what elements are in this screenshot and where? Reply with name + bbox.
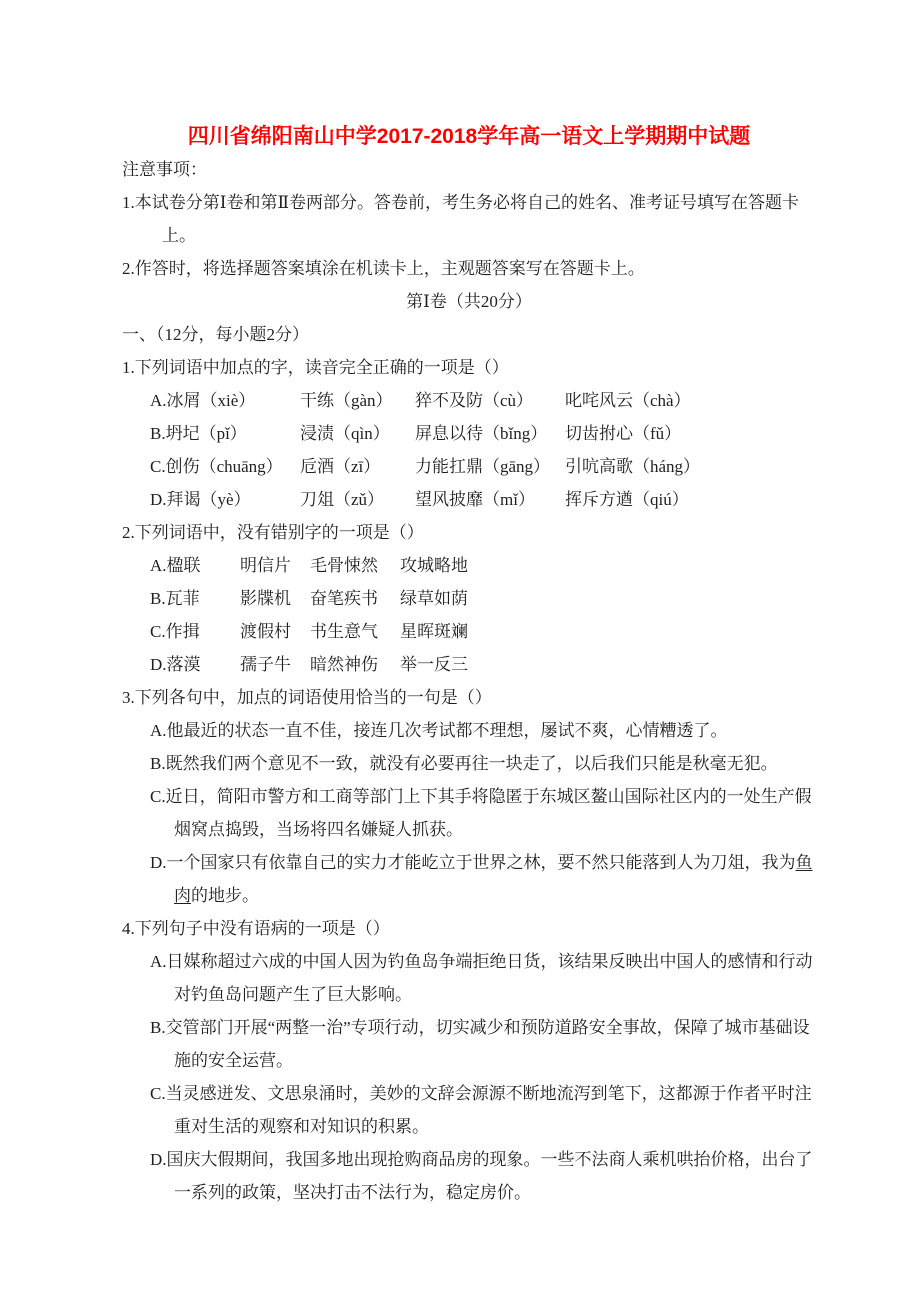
question-1-stem: 1.下列词语中加点的字，读音完全正确的一项是（） xyxy=(122,351,816,384)
option-cell: A.楹联 xyxy=(150,549,240,582)
part-heading: 一、（12分，每小题2分） xyxy=(122,318,816,351)
q2-option-row-a: A.楹联 明信片 毛骨悚然 攻城略地 xyxy=(150,549,816,582)
q3-option-d: D.一个国家只有依靠自己的实力才能屹立于世界之林，要不然只能落到人为刀俎，我为鱼… xyxy=(122,846,816,912)
section-heading: 第Ⅰ卷（共20分） xyxy=(122,285,816,318)
option-cell: 明信片 xyxy=(240,549,310,582)
q1-option-row-a: A.冰屑（xiè） 干练（gàn） 猝不及防（cù） 叱咤风云（chà） xyxy=(150,384,816,417)
option-cell: 屏息以待（bǐng） xyxy=(415,417,565,450)
option-cell: 绿草如荫 xyxy=(400,582,468,615)
q4-option-c: C.当灵感迸发、文思泉涌时，美妙的文辞会源源不断地流泻到笔下，这都源于作者平时注… xyxy=(122,1077,816,1143)
q4-option-b: B.交管部门开展“两整一治”专项行动，切实减少和预防道路安全事故，保障了城市基础… xyxy=(122,1011,816,1077)
option-cell: 切齿拊心（fǔ） xyxy=(565,417,681,450)
option-cell: B.瓦菲 xyxy=(150,582,240,615)
option-cell: 星晖斑斓 xyxy=(400,615,468,648)
option-cell: D.落漠 xyxy=(150,648,240,681)
q4-option-a: A.日媒称超过六成的中国人因为钓鱼岛争端拒绝日货，该结果反映出中国人的感情和行动… xyxy=(122,945,816,1011)
question-2-stem: 2.下列词语中，没有错别字的一项是（） xyxy=(122,516,816,549)
notice-item-2: 2.作答时，将选择题答案填涂在机读卡上，主观题答案写在答题卡上。 xyxy=(122,252,816,285)
option-cell: 奋笔疾书 xyxy=(310,582,400,615)
option-cell: 引吭高歌（háng） xyxy=(565,450,700,483)
option-cell: 干练（gàn） xyxy=(300,384,415,417)
option-cell: 刀俎（zǔ） xyxy=(300,483,415,516)
option-cell: 孺子牛 xyxy=(240,648,310,681)
q2-option-row-d: D.落漠 孺子牛 暗然神伤 举一反三 xyxy=(150,648,816,681)
option-cell: B.坍圮（pǐ） xyxy=(150,417,300,450)
question-3-stem: 3.下列各句中，加点的词语使用恰当的一句是（） xyxy=(122,681,816,714)
q2-option-row-c: C.作揖 渡假村 书生意气 星晖斑斓 xyxy=(150,615,816,648)
q1-option-row-b: B.坍圮（pǐ） 浸渍（qìn） 屏息以待（bǐng） 切齿拊心（fǔ） xyxy=(150,417,816,450)
q3-option-b: B.既然我们两个意见不一致，就没有必要再往一块走了，以后我们只能是秋毫无犯。 xyxy=(122,747,816,780)
option-cell: 望风披靡（mǐ） xyxy=(415,483,565,516)
option-cell: 猝不及防（cù） xyxy=(415,384,565,417)
q2-option-row-b: B.瓦菲 影牒机 奋笔疾书 绿草如荫 xyxy=(150,582,816,615)
q3-option-a: A.他最近的状态一直不佳，接连几次考试都不理想，屡试不爽，心情糟透了。 xyxy=(122,714,816,747)
notice-heading: 注意事项： xyxy=(122,153,816,186)
q4-option-d: D.国庆大假期间，我国多地出现抢购商品房的现象。一些不法商人乘机哄抬价格，出台了… xyxy=(122,1143,816,1209)
q1-option-row-c: C.创伤（chuāng） 卮酒（zī） 力能扛鼎（gāng） 引吭高歌（háng… xyxy=(150,450,816,483)
page-title: 四川省绵阳南山中学2017-2018学年高一语文上学期期中试题 xyxy=(122,120,816,153)
option-cell: 影牒机 xyxy=(240,582,310,615)
q3-option-c: C.近日，简阳市警方和工商等部门上下其手将隐匿于东城区鳌山国际社区内的一处生产假… xyxy=(122,780,816,846)
option-cell: 渡假村 xyxy=(240,615,310,648)
notice-item-1: 1.本试卷分第Ⅰ卷和第Ⅱ卷两部分。答卷前，考生务必将自己的姓名、准考证号填写在答… xyxy=(122,186,816,252)
option-cell: 卮酒（zī） xyxy=(300,450,415,483)
question-4-stem: 4.下列句子中没有语病的一项是（） xyxy=(122,912,816,945)
option-cell: 浸渍（qìn） xyxy=(300,417,415,450)
option-cell: 叱咤风云（chà） xyxy=(565,384,691,417)
option-cell: 力能扛鼎（gāng） xyxy=(415,450,565,483)
q1-option-row-d: D.拜谒（yè） 刀俎（zǔ） 望风披靡（mǐ） 挥斥方遒（qiú） xyxy=(150,483,816,516)
option-cell: C.作揖 xyxy=(150,615,240,648)
option-cell: 书生意气 xyxy=(310,615,400,648)
option-cell: 暗然神伤 xyxy=(310,648,400,681)
option-cell: 毛骨悚然 xyxy=(310,549,400,582)
option-cell: D.拜谒（yè） xyxy=(150,483,300,516)
option-cell: 挥斥方遒（qiú） xyxy=(565,483,689,516)
document-page: 四川省绵阳南山中学2017-2018学年高一语文上学期期中试题 注意事项： 1.… xyxy=(0,0,920,1302)
option-cell: C.创伤（chuāng） xyxy=(150,450,300,483)
option-cell: A.冰屑（xiè） xyxy=(150,384,300,417)
option-cell: 举一反三 xyxy=(400,648,468,681)
option-cell: 攻城略地 xyxy=(400,549,468,582)
